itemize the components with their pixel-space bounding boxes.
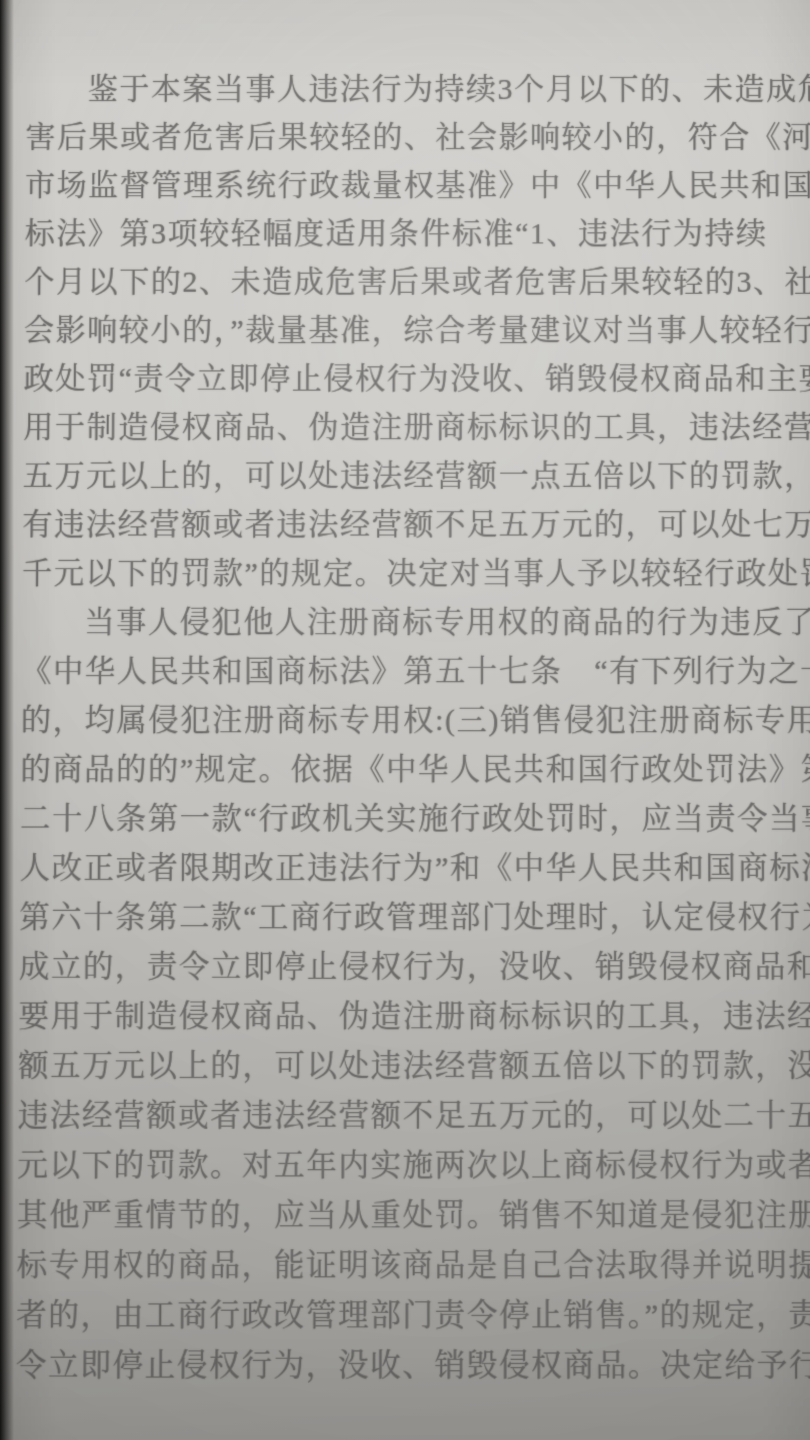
document-text: 鉴于本案当事人违法行为持续3个月以下的、未造成危 害后果或者危害后果较轻的、社会… [16, 66, 810, 1391]
text-line: 的商品的的”规定。依据《中华人民共和国行政处罚法》第 [20, 746, 810, 795]
text-line: 《中华人民共和国商标法》第五十七条 “有下列行为之一 [21, 647, 810, 696]
photographed-document-page: 鉴于本案当事人违法行为持续3个月以下的、未造成危 害后果或者危害后果较轻的、社会… [0, 0, 810, 1440]
text-line: 市场监督管理系统行政裁量权基准》中《中华人民共和国商 [25, 162, 810, 210]
text-line: 个月以下的2、未造成危害后果或者危害后果较轻的3、社 [24, 259, 810, 307]
text-line: 第六十条第二款“工商行政管理部门处理时，认定侵权行为 [19, 893, 810, 942]
text-line: 的，均属侵犯注册商标专用权:(三)销售侵犯注册商标专用权 [21, 696, 810, 745]
text-line: 二十八条第一款“行政机关实施行政处罚时，应当责令当事 [20, 795, 810, 844]
text-line: 成立的，责令立即停止侵权行为，没收、销毁侵权商品和主 [19, 943, 810, 992]
text-line: 额五万元以上的，可以处违法经营额五倍以下的罚款，没有 [18, 1042, 810, 1092]
text-line: 人改正或者限期改正违法行为”和《中华人民共和国商标法》 [19, 844, 810, 893]
text-line: 有违法经营额或者违法经营额不足五万元的，可以处七万五 [22, 501, 810, 550]
text-line: 标法》第3项较轻幅度适用条件标准“1、违法行为持续 [24, 210, 810, 258]
text-line: 违法经营额或者违法经营额不足五万元的，可以处二十五万 [18, 1091, 810, 1141]
text-line: 会影响较小的，”裁量基准，综合考量建议对当事人较轻行 [24, 307, 810, 355]
text-line: 五万元以上的，可以处违法经营额一点五倍以下的罚款，没 [23, 452, 810, 501]
text-line: 政处罚“责令立即停止侵权行为没收、销毁侵权商品和主要 [23, 355, 810, 403]
text-line: 当事人侵犯他人注册商标专用权的商品的行为违反了 [21, 599, 810, 648]
text-line: 害后果或者危害后果较轻的、社会影响较小的，符合《河北 [25, 114, 810, 162]
photo-edge-shadow [0, 0, 14, 1440]
text-line: 其他严重情节的，应当从重处罚。销售不知道是侵犯注册商 [17, 1191, 810, 1241]
text-line: 元以下的罚款。对五年内实施两次以上商标侵权行为或者有 [17, 1141, 810, 1191]
text-line: 千元以下的罚款”的规定。决定对当事人予以较轻行政处罚 [22, 550, 810, 599]
text-line: 令立即停止侵权行为，没收、销毁侵权商品。决定给予行政 [16, 1341, 810, 1391]
text-line: 要用于制造侵权商品、伪造注册商标标识的工具，违法经营 [18, 992, 810, 1042]
text-line: 鉴于本案当事人违法行为持续3个月以下的、未造成危 [26, 66, 810, 114]
text-line: 标专用权的商品，能证明该商品是自己合法取得并说明提供 [16, 1241, 810, 1291]
text-line: 者的，由工商行政改管理部门责令停止销售。”的规定，责 [16, 1291, 810, 1341]
text-line: 用于制造侵权商品、伪造注册商标标识的工具，违法经营额 [23, 404, 810, 453]
